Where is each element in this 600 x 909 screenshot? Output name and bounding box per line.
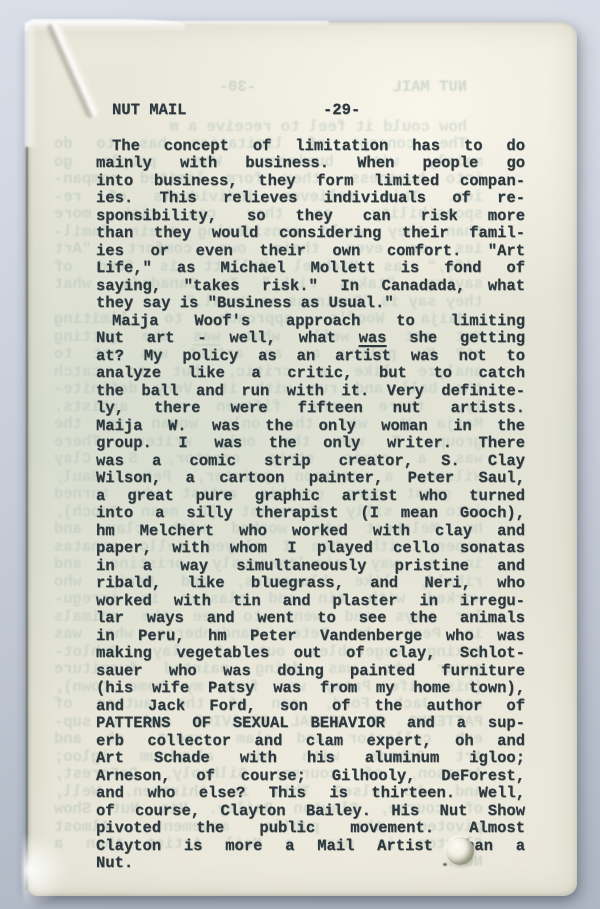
- bottom-left-curl: [23, 832, 69, 908]
- paper-dimple: [446, 837, 474, 865]
- underlined-word: was: [359, 329, 387, 347]
- paper-page: NUT MAIL -30- how could it feel to recei…: [27, 22, 577, 896]
- page-number: -29-: [323, 102, 360, 120]
- text-line: sauer who was doing painted furniture: [96, 663, 525, 681]
- text-line: mainly with business. When people go: [96, 155, 525, 173]
- body-text: The concept of limitation has to domainl…: [96, 138, 525, 873]
- text-line: lar ways and went to see the animals: [96, 610, 525, 628]
- text-line: Nut art - well, what was she getting: [96, 330, 525, 348]
- text-line: than they would considering their famil-: [96, 225, 525, 243]
- text-line: PATTERNS OF SEXUAL BEHAVIOR and a sup-: [96, 715, 525, 733]
- text-line: ies. This relieves individuals of re-: [96, 190, 525, 208]
- text-line: erb collector and clam expert, oh and: [96, 733, 525, 751]
- text-line: Maija W. was the only woman in the: [96, 418, 525, 436]
- text-line: group. I was the only writer. There: [96, 435, 525, 453]
- text-line: and Jack Ford, son of the author of: [96, 698, 525, 716]
- text-line: at? My policy as an artist was not to: [96, 348, 525, 366]
- text-line: Life," as Michael Mollett is fond of: [96, 260, 525, 278]
- text-line: worked with tin and plaster in irregu-: [96, 593, 525, 611]
- text-line: The concept of limitation has to do: [96, 138, 525, 156]
- text-line: ribald, like bluegrass, and Neri, who: [96, 575, 525, 593]
- page-header: NUT MAIL -29-: [112, 102, 525, 120]
- text-line: ly, there were fifteen nut artists.: [96, 400, 525, 418]
- text-line: a great pure graphic artist who turned: [96, 488, 525, 506]
- document-title: NUT MAIL: [112, 101, 186, 119]
- text-line: analyze like a critic, but to catch: [96, 365, 525, 383]
- text-line: pivoted the public movement. Almost: [96, 820, 525, 838]
- photo-background: NUT MAIL -30- how could it feel to recei…: [0, 0, 600, 909]
- text-line: Maija Woof's approach to limiting: [96, 313, 525, 331]
- text-line: and who else? This is thirteen. Well,: [96, 785, 525, 803]
- text-line: saying, "takes risk." In Canadada, what: [96, 278, 525, 296]
- typed-content: NUT MAIL -29- The concept of limitation …: [96, 102, 525, 873]
- text-line: (his wife Patsy was from my home town),: [96, 680, 525, 698]
- text-line: was a comic strip creator, S. Clay: [96, 453, 525, 471]
- text-line: into business, they form limited compan-: [96, 173, 525, 191]
- bleedthrough-header: NUT MAIL -30-: [54, 79, 467, 97]
- bleedthrough-page-number: -30-: [219, 79, 256, 97]
- text-line: Wilson, a cartoon painter, Peter Saul,: [96, 470, 525, 488]
- bleedthrough-title: NUT MAIL: [393, 78, 467, 96]
- corner-curl-highlight: [25, 22, 37, 147]
- text-line: in a way simultaneously pristine and: [96, 558, 525, 576]
- text-line: paper, with whom I played cello sonatas: [96, 540, 525, 558]
- text-line: making vegetables out of clay, Schlot-: [96, 645, 525, 663]
- text-line: Arneson, of course; Gilhooly, DeForest,: [96, 768, 525, 786]
- text-line: of course, Clayton Bailey. His Nut Show: [96, 803, 525, 821]
- text-line: hm Melchert who worked with clay and: [96, 523, 525, 541]
- text-line: in Peru, hm Peter Vandenberge who was: [96, 628, 525, 646]
- text-line: into a silly therapist (I mean Gooch),: [96, 505, 525, 523]
- text-line: ies or even their own comfort. "Art: [96, 243, 525, 261]
- text-line: Art Schade with his aluminum igloo;: [96, 750, 525, 768]
- text-line: they say is "Business as Usual.": [96, 295, 525, 313]
- text-line: the ball and run with it. Very definite-: [96, 383, 525, 401]
- text-line: sponsibility, so they can risk more: [96, 208, 525, 226]
